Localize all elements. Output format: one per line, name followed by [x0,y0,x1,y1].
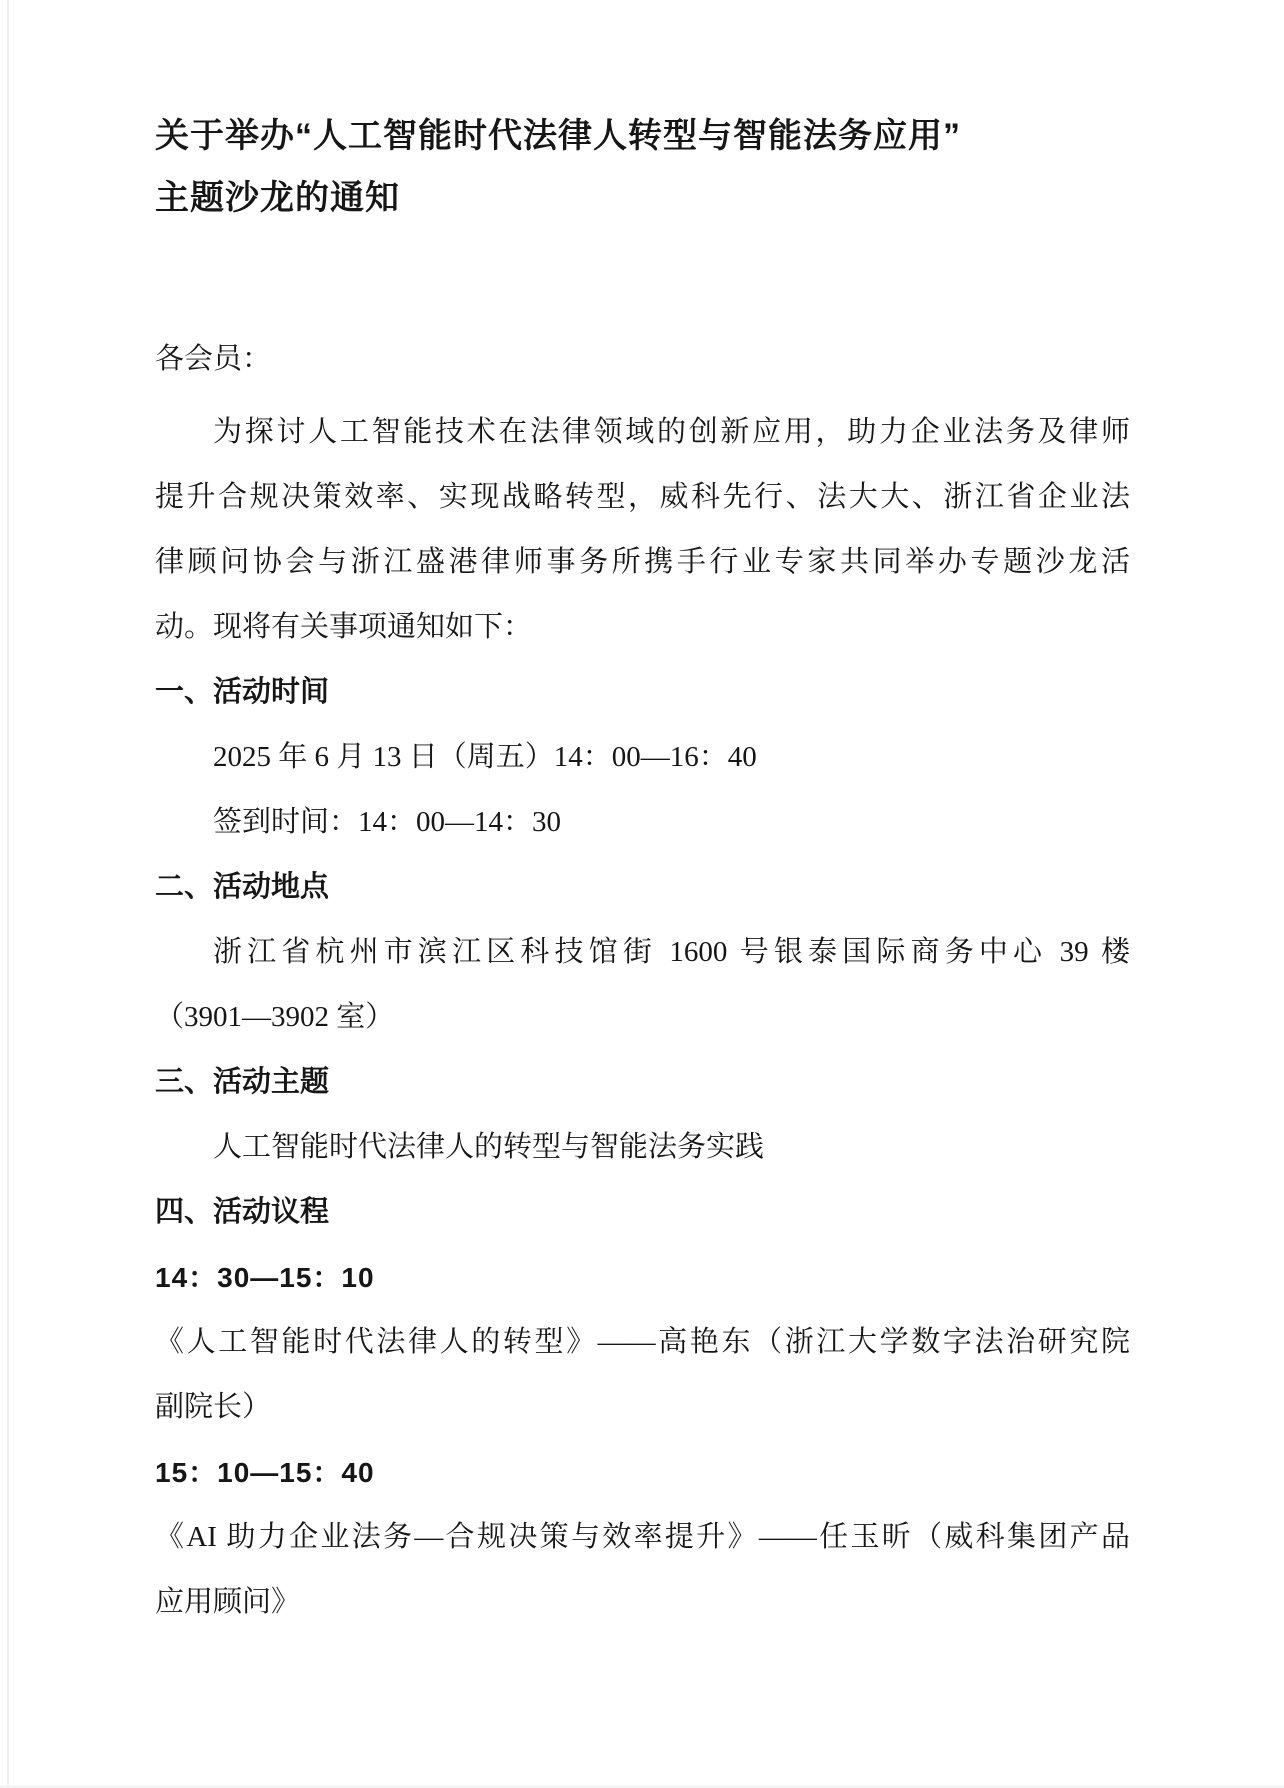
agenda-item-2-time: 15：10—15：40 [155,1440,1130,1505]
agenda-item-2-line-1: 《AI 助力企业法务—合规决策与效率提升》——任玉昕（威科集团产品 [155,1505,1130,1570]
intro-line-1: 为探讨人工智能技术在法律领域的创新应用，助力企业法务及律师 [155,400,1130,465]
checkin-time: 签到时间：14：00—14：30 [155,790,1130,855]
notice-body: 关于举办“人工智能时代法律人转型与智能法务应用” 主题沙龙的通知 各会员： 为探… [155,105,1130,1635]
section-3-heading: 三、活动主题 [155,1050,1130,1115]
agenda-item-1-time: 14：30—15：10 [155,1245,1130,1310]
section-1-heading: 一、活动时间 [155,660,1130,725]
section-2-heading: 二、活动地点 [155,855,1130,920]
intro-line-3: 律顾问协会与浙江盛港律师事务所携手行业专家共同举办专题沙龙活 [155,530,1130,595]
notice-title: 关于举办“人工智能时代法律人转型与智能法务应用” 主题沙龙的通知 [155,105,1130,229]
agenda-item-2-line-2: 应用顾问》 [155,1570,1130,1635]
intro-line-4: 动。现将有关事项通知如下： [155,595,1130,660]
notice-title-line-1: 关于举办“人工智能时代法律人转型与智能法务应用” [155,105,1130,167]
section-4-heading: 四、活动议程 [155,1180,1130,1245]
notice-title-line-2: 主题沙龙的通知 [155,167,1130,229]
agenda-item-1-line-2: 副院长） [155,1375,1130,1440]
agenda-item-1-line-1: 《人工智能时代法律人的转型》——高艳东（浙江大学数字法治研究院 [155,1310,1130,1375]
event-datetime: 2025 年 6 月 13 日（周五）14：00—16：40 [155,725,1130,790]
salutation: 各会员： [155,327,1130,392]
event-address-line-2: （3901—3902 室） [155,985,1130,1050]
event-address-line-1: 浙江省杭州市滨江区科技馆街 1600 号银泰国际商务中心 39 楼 [155,920,1130,985]
event-theme: 人工智能时代法律人的转型与智能法务实践 [155,1115,1130,1180]
intro-line-2: 提升合规决策效率、实现战略转型，威科先行、法大大、浙江省企业法 [155,465,1130,530]
document-page: 关于举办“人工智能时代法律人转型与智能法务应用” 主题沙龙的通知 各会员： 为探… [0,0,1284,1788]
